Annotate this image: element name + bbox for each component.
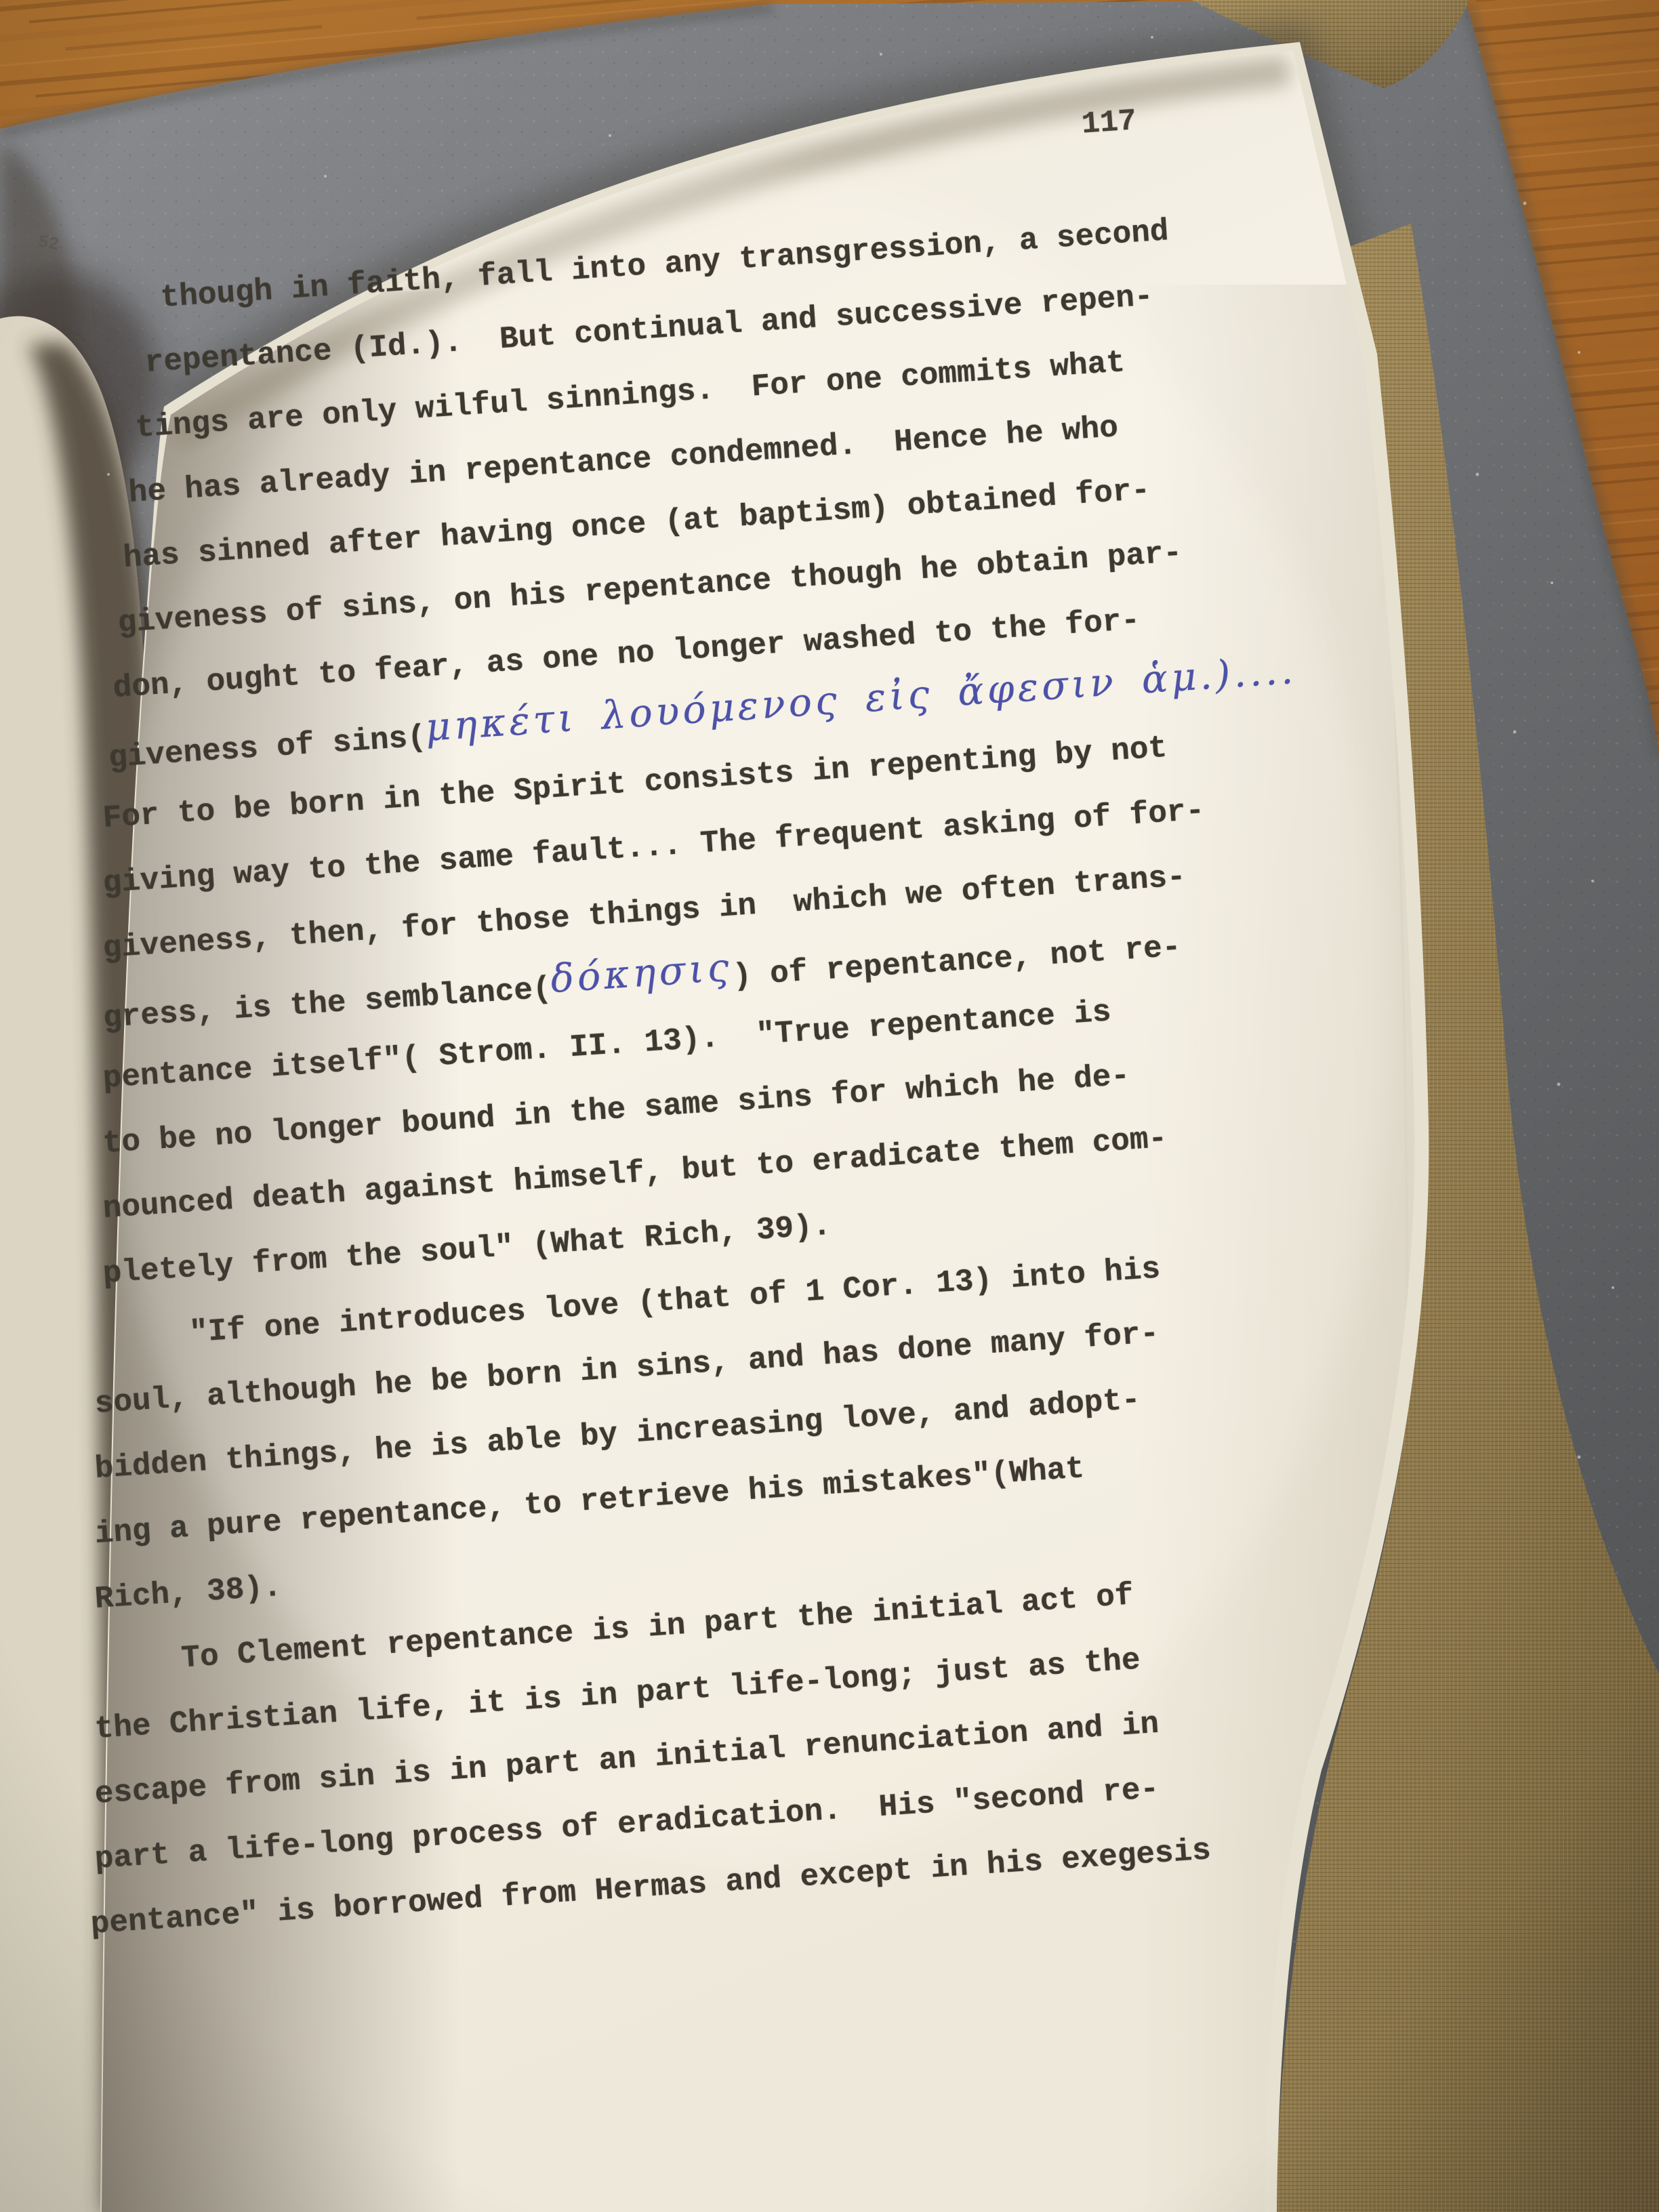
greek-ink-annotation: δόκησις <box>549 945 733 1002</box>
page-number: 117 <box>1080 104 1137 142</box>
faint-page-mark: 52 <box>37 232 61 255</box>
typed-text-block: though in faith, fall into any transgres… <box>103 266 1458 1957</box>
typed-text: Rich, 38). <box>94 1570 283 1617</box>
photo-scene: 52 117 though in faith, fall into any tr… <box>0 0 1659 2212</box>
